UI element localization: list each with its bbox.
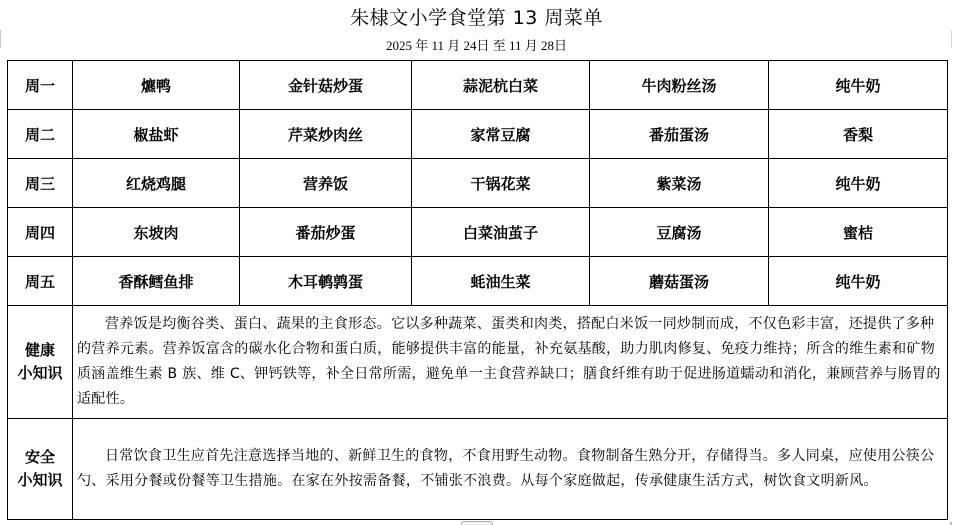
dish-cell: 椒盐虾 [73,110,240,159]
dish-cell: 爊鸭 [73,61,240,110]
dish-cell: 木耳鹌鹑蛋 [240,257,412,306]
day-label: 周一 [8,61,73,110]
dish-cell: 蜜桔 [769,208,948,257]
dish-cell: 纯牛奶 [769,257,948,306]
day-label: 周三 [8,159,73,208]
dish-cell: 干锅花菜 [412,159,590,208]
dish-cell: 金针菇炒蛋 [240,61,412,110]
menu-row-tuesday: 周二 椒盐虾 芹菜炒肉丝 家常豆腐 番茄蛋汤 香梨 [8,110,948,159]
dish-cell: 香酥鳕鱼排 [73,257,240,306]
dish-cell: 香梨 [769,110,948,159]
safety-tips-label-line1: 安全 [8,446,72,469]
dish-cell: 蚝油生菜 [412,257,590,306]
weekly-menu-table: 周一 爊鸭 金针菇炒蛋 蒜泥杭白菜 牛肉粉丝汤 纯牛奶 周二 椒盐虾 芹菜炒肉丝… [7,60,948,520]
safety-tips-label: 安全 小知识 [8,419,73,520]
page-title: 朱棣文小学食堂第 13 周菜单 [0,4,953,32]
safety-tips-row: 安全 小知识 日常饮食卫生应首先注意选择当地的、新鲜卫生的食物，不食用野生动物。… [8,419,948,520]
dish-cell: 蒜泥杭白菜 [412,61,590,110]
dish-cell: 家常豆腐 [412,110,590,159]
day-label: 周二 [8,110,73,159]
dish-cell: 豆腐汤 [590,208,769,257]
health-tips-text: 营养饭是均衡谷类、蛋白、蔬果的主食形态。它以多种蔬菜、蛋类和肉类，搭配白米饭一同… [73,306,948,419]
safety-tips-text: 日常饮食卫生应首先注意选择当地的、新鲜卫生的食物，不食用野生动物。食物制备生熟分… [73,419,948,520]
health-tips-label-line2: 小知识 [8,362,72,385]
dish-cell: 紫菜汤 [590,159,769,208]
dish-cell: 番茄炒蛋 [240,208,412,257]
date-range: 2025 年 11 月 24日 至 11 月 28日 [0,37,953,55]
day-label: 周五 [8,257,73,306]
dish-cell: 红烧鸡腿 [73,159,240,208]
dish-cell: 营养饭 [240,159,412,208]
menu-row-friday: 周五 香酥鳕鱼排 木耳鹌鹑蛋 蚝油生菜 蘑菇蛋汤 纯牛奶 [8,257,948,306]
dish-cell: 纯牛奶 [769,159,948,208]
menu-row-wednesday: 周三 红烧鸡腿 营养饭 干锅花菜 紫菜汤 纯牛奶 [8,159,948,208]
dish-cell: 番茄蛋汤 [590,110,769,159]
dish-cell: 东坡肉 [73,208,240,257]
menu-document-page: 朱棣文小学食堂第 13 周菜单 2025 年 11 月 24日 至 11 月 2… [0,0,953,525]
dish-cell: 纯牛奶 [769,61,948,110]
health-tips-label-line1: 健康 [8,339,72,362]
dish-cell: 牛肉粉丝汤 [590,61,769,110]
day-label: 周四 [8,208,73,257]
health-tips-row: 健康 小知识 营养饭是均衡谷类、蛋白、蔬果的主食形态。它以多种蔬菜、蛋类和肉类，… [8,306,948,419]
dish-cell: 蘑菇蛋汤 [590,257,769,306]
health-tips-label: 健康 小知识 [8,306,73,419]
dish-cell: 芹菜炒肉丝 [240,110,412,159]
page-break-tab-handle[interactable] [461,521,493,525]
dish-cell: 白菜油茧子 [412,208,590,257]
menu-row-monday: 周一 爊鸭 金针菇炒蛋 蒜泥杭白菜 牛肉粉丝汤 纯牛奶 [8,61,948,110]
menu-row-thursday: 周四 东坡肉 番茄炒蛋 白菜油茧子 豆腐汤 蜜桔 [8,208,948,257]
safety-tips-label-line2: 小知识 [8,469,72,492]
